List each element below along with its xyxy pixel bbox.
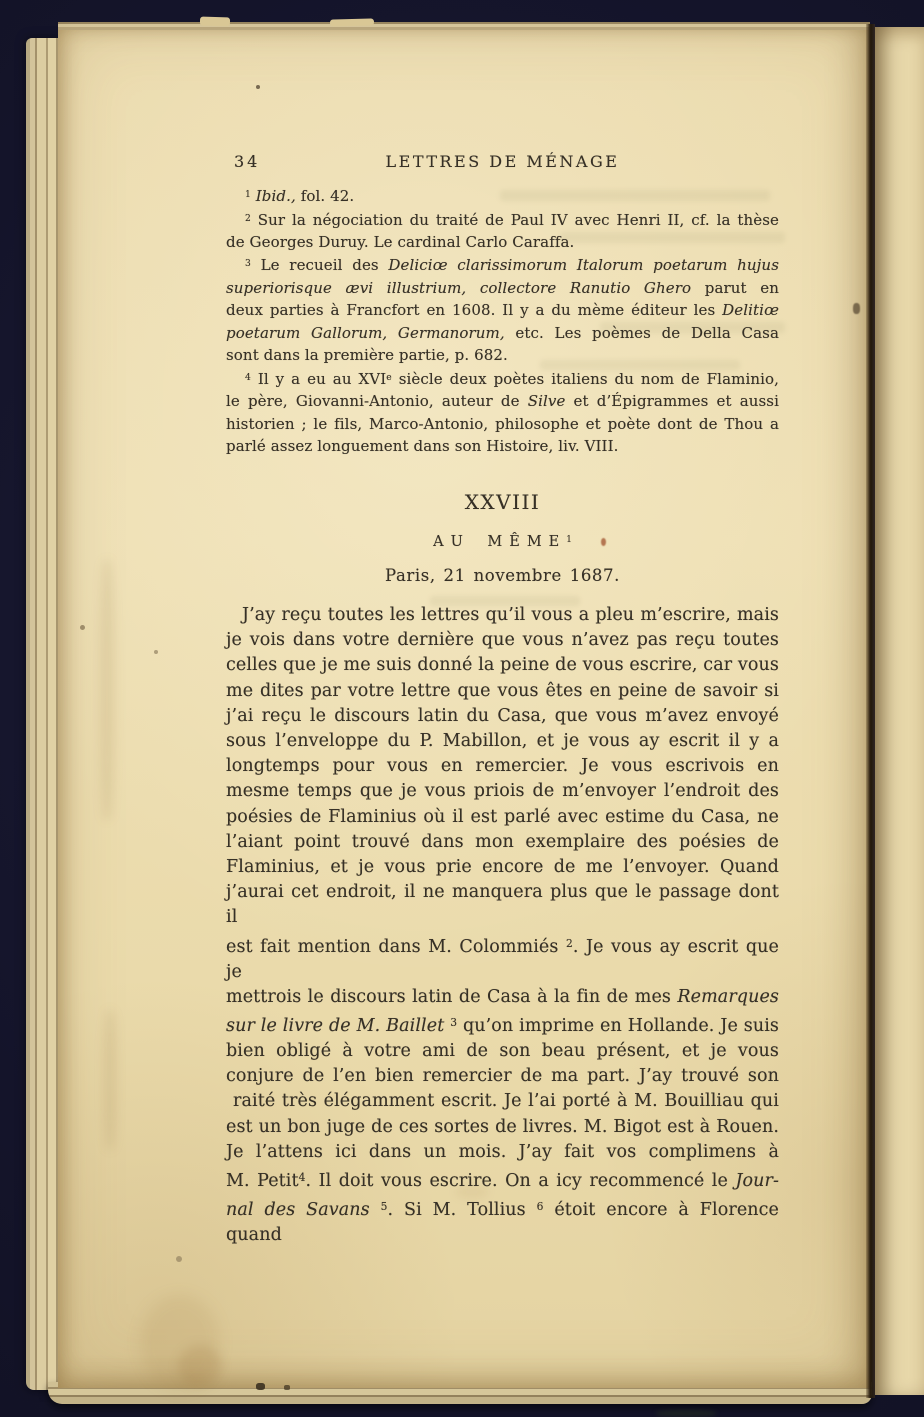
body-line: celles que je me suis donné la peine de … [226, 653, 779, 678]
page-number: 34 [234, 152, 260, 171]
body-line: mettrois le discours latin de Casa à la … [226, 985, 779, 1010]
footnote-ref: 1 [566, 535, 572, 545]
section-number: XXVIII [226, 490, 779, 514]
body-line: est un bon juge de ces sortes de livres.… [226, 1115, 779, 1140]
footnote-line: 2 Sur la négociation du traité de Paul I… [226, 208, 779, 232]
body-line: raité très élégamment escrit. Je l’ai po… [226, 1089, 779, 1114]
page-content: 34 LETTRES DE MÉNAGE 1 Ibid., fol. 42.2 … [0, 0, 924, 1417]
footnote-line: superiorisque ævi illustrium, collectore… [226, 277, 779, 299]
footnote-line: le père, Giovanni-Antonio, auteur de Sil… [226, 390, 779, 412]
body-line: j’ai reçu le discours latin du Casa, que… [226, 704, 779, 729]
body-line: longtemps pour vous en remercier. Je vou… [226, 754, 779, 779]
body-line: sur le livre de M. Baillet 3 qu’on impri… [226, 1010, 779, 1039]
body-line: sous l’enveloppe du P. Mabillon, et je v… [226, 729, 779, 754]
body-line: J’ay reçu toutes les lettres qu’il vous … [226, 603, 779, 628]
body-line: l’aiant point trouvé dans mon exemplaire… [226, 830, 779, 855]
body-line: est fait mention dans M. Colommiés 2. Je… [226, 931, 779, 985]
footnote-line: poetarum Gallorum, Germanorum, etc. Les … [226, 322, 779, 344]
running-title: LETTRES DE MÉNAGE [226, 152, 779, 171]
body-line: M. Petit4. Il doit vous escrire. On a ic… [226, 1165, 779, 1194]
body-line: poésies de Flaminius où il est parlé ave… [226, 805, 779, 830]
page-header: 34 LETTRES DE MÉNAGE [226, 152, 779, 174]
body-line: Flaminius, et je vous prie encore de me … [226, 855, 779, 880]
body-line: mesme temps que je vous priois de m’envo… [226, 779, 779, 804]
body-line: nal des Savans 5. Si M. Tollius 6 étoit … [226, 1194, 779, 1248]
footnote-line: sont dans la première partie, p. 682. [226, 344, 779, 366]
salutation-text: AU MÊME [433, 534, 566, 550]
footnote-line: de Georges Duruy. Le cardinal Carlo Cara… [226, 231, 779, 253]
body-line: Je l’attens ici dans un mois. J’ay fait … [226, 1140, 779, 1165]
footnote-line: 1 Ibid., fol. 42. [226, 184, 779, 208]
footnote-block: 1 Ibid., fol. 42.2 Sur la négociation du… [226, 184, 779, 457]
body-line: je vois dans votre dernière que vous n’a… [226, 628, 779, 653]
footnote-line: 3 Le recueil des Deliciœ clarissimorum I… [226, 253, 779, 277]
salutation: AU MÊME1 [226, 534, 779, 550]
body-line: j’aurai cet endroit, il ne manquera plus… [226, 880, 779, 930]
body-line: me dites par votre lettre que vous êtes … [226, 679, 779, 704]
footnote-line: deux parties à Francfort en 1608. Il y a… [226, 299, 779, 321]
dateline: Paris, 21 novembre 1687. [226, 566, 779, 585]
letter-body: J’ay reçu toutes les lettres qu’il vous … [226, 603, 779, 1248]
body-line: bien obligé à votre ami de son beau prés… [226, 1039, 779, 1064]
footnote-line: parlé assez longuement dans son Histoire… [226, 435, 779, 457]
footnote-line: historien ; le fils, Marco-Antonio, phil… [226, 413, 779, 435]
body-line: conjure de l’en bien remercier de ma par… [226, 1064, 779, 1089]
book-scan: 34 LETTRES DE MÉNAGE 1 Ibid., fol. 42.2 … [0, 0, 924, 1417]
footnote-line: 4 Il y a eu au XVIe siècle deux poètes i… [226, 367, 779, 391]
